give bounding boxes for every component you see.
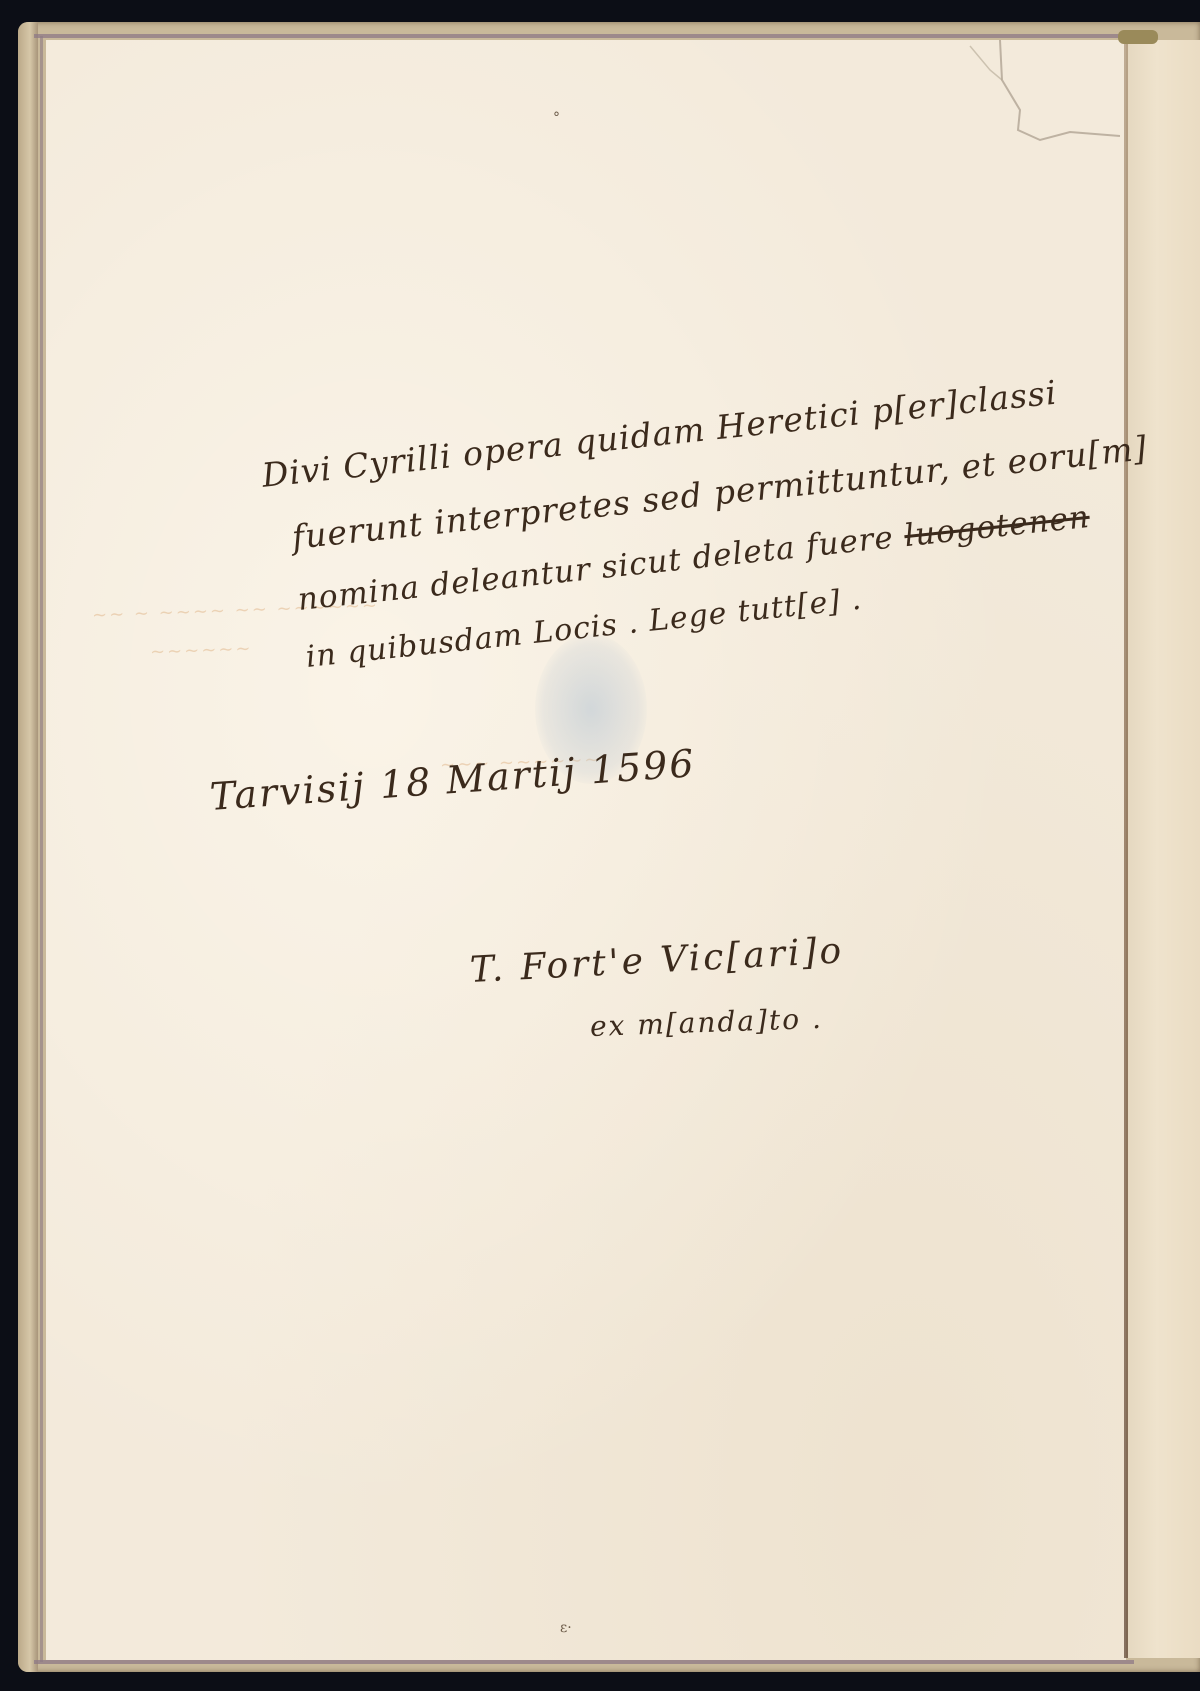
facing-page-edge	[1128, 40, 1200, 1658]
book-edge	[18, 22, 38, 1672]
top-mark: °	[553, 110, 560, 126]
binding-thread-icon	[1118, 30, 1158, 44]
page-rule-bottom	[34, 1660, 1134, 1664]
page-rule-top	[34, 34, 1134, 38]
paper-tear-icon	[960, 40, 1120, 150]
bottom-mark: ε·	[560, 1620, 572, 1636]
page-rule-left	[40, 36, 43, 1662]
manuscript-page	[46, 40, 1126, 1660]
offset-text-line: ~~~~~~	[150, 638, 253, 663]
